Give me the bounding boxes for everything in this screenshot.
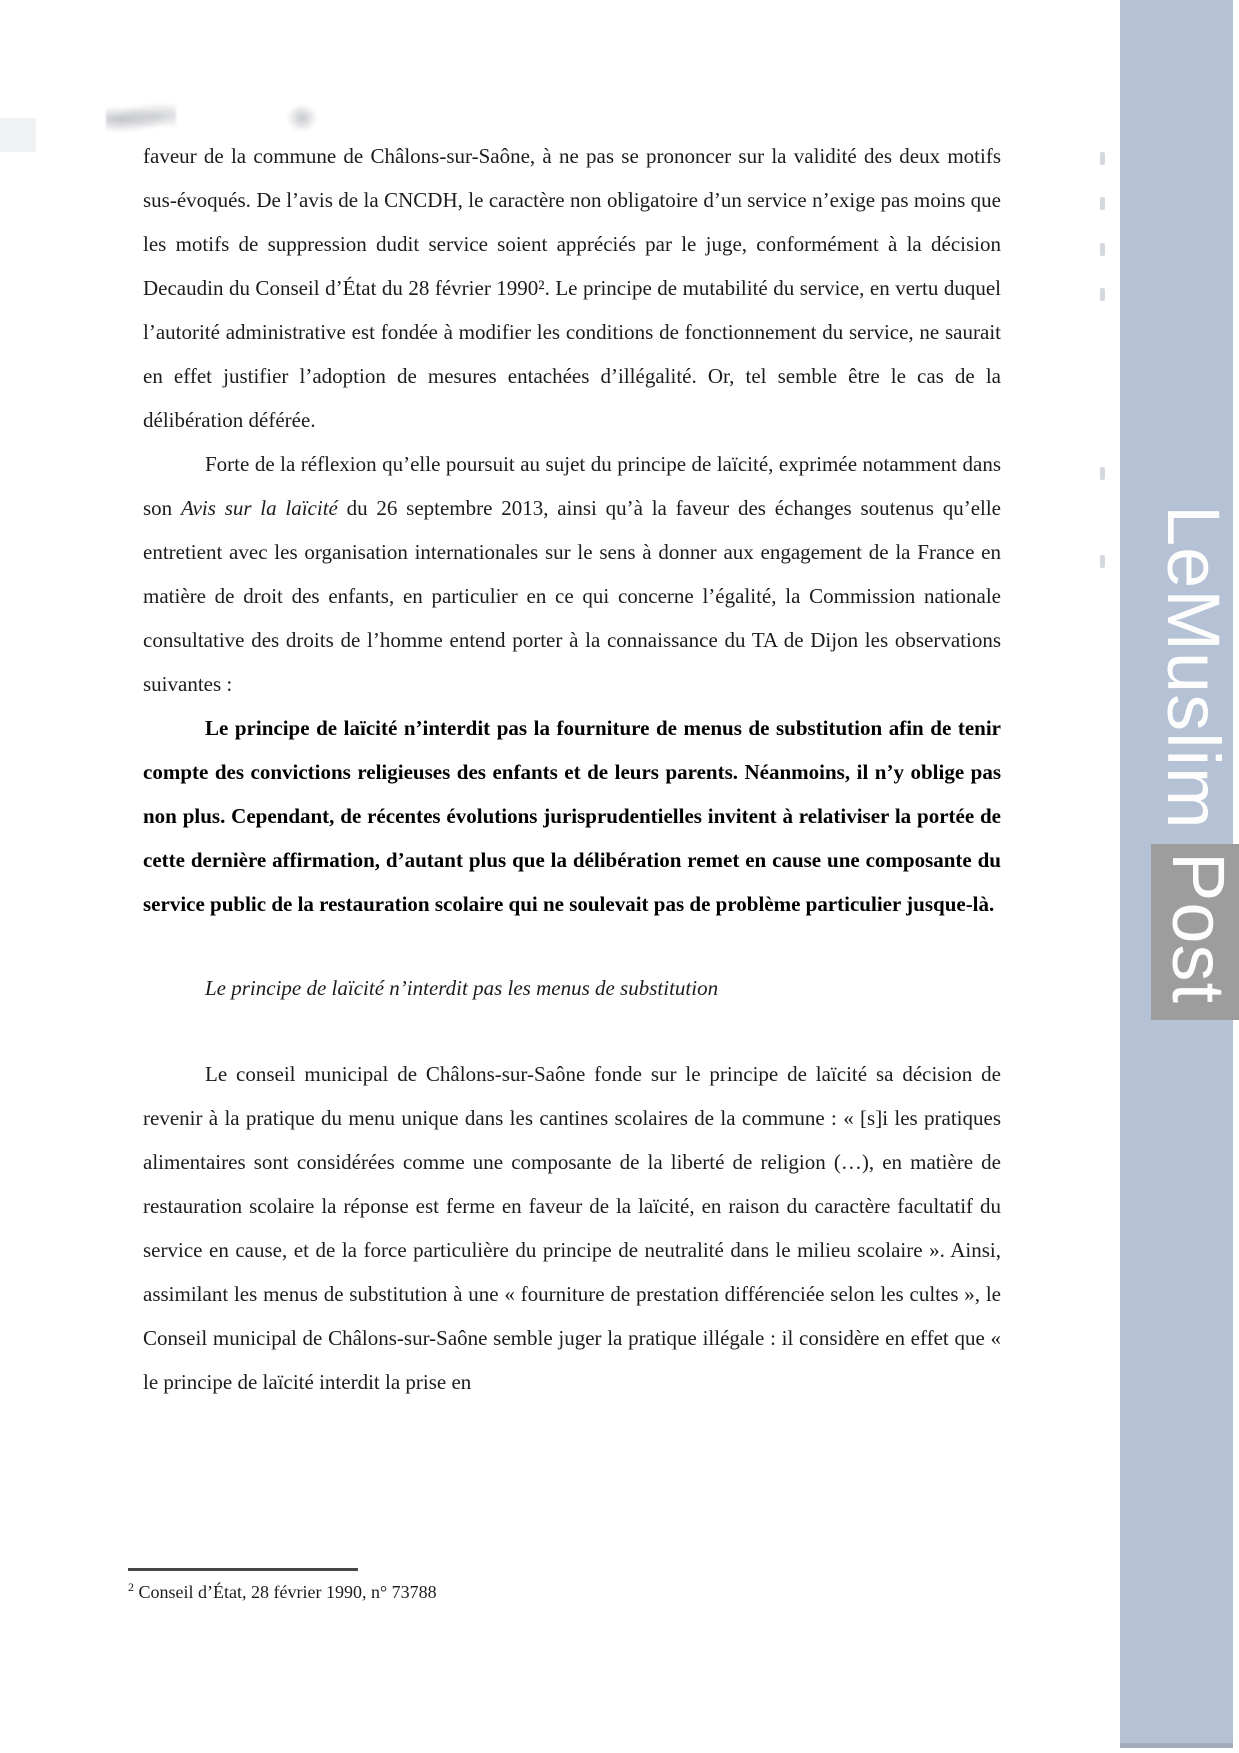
footnote-rule xyxy=(128,1568,358,1571)
scanned-document-page: faveur de la commune de Châlons-sur-Saôn… xyxy=(0,0,1239,1753)
footnote-marker: 2 xyxy=(128,1580,134,1594)
paragraph-bold-principle: Le principe de laïcité n’interdit pas la… xyxy=(143,706,1001,926)
scan-edge-artifact xyxy=(0,118,36,152)
scan-edge-mark xyxy=(1100,288,1105,301)
section-heading-italic: Le principe de laïcité n’interdit pas le… xyxy=(143,966,1001,1010)
scan-edge-mark xyxy=(1100,152,1105,165)
paragraph-conseil-municipal: Le conseil municipal de Châlons-sur-Saôn… xyxy=(143,1052,1001,1404)
scan-smudge-artifact xyxy=(106,104,176,132)
scan-edge-mark xyxy=(1100,243,1105,256)
watermark-brand-post: Post xyxy=(1151,844,1239,1020)
footnote-citation: Conseil d’État, 28 février 1990, n° 7378… xyxy=(139,1582,437,1602)
document-body: faveur de la commune de Châlons-sur-Saôn… xyxy=(143,134,1001,1404)
watermark-brand-first: LeMuslim xyxy=(1152,505,1235,830)
scan-edge-mark xyxy=(1100,467,1105,480)
scan-edge-mark xyxy=(1100,197,1105,210)
scan-smudge-artifact xyxy=(284,102,320,134)
scan-edge-mark xyxy=(1100,555,1105,568)
watermark-lemuslim-post: LeMuslimPost xyxy=(1146,505,1239,1020)
paragraph-continuation: faveur de la commune de Châlons-sur-Saôn… xyxy=(143,134,1001,442)
paragraph-cncdh-observations: Forte de la réflexion qu’elle poursuit a… xyxy=(143,442,1001,706)
footnote-text: 2 Conseil d’État, 28 février 1990, n° 73… xyxy=(128,1580,828,1604)
footnote: 2 Conseil d’État, 28 février 1990, n° 73… xyxy=(128,1568,828,1604)
